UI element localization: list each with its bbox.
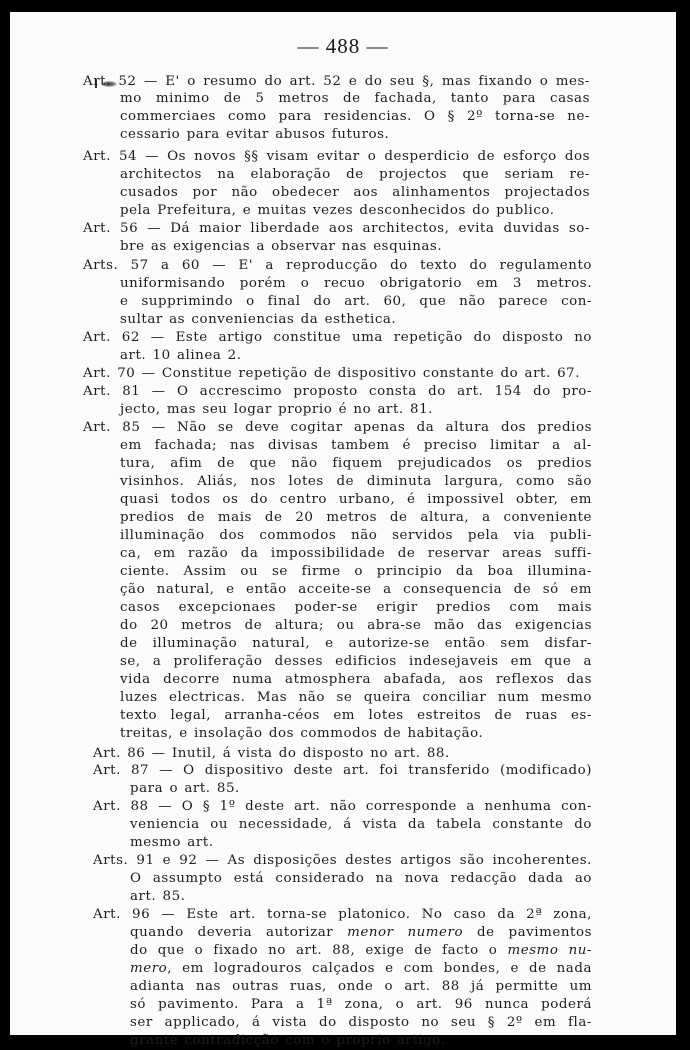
article-text-line: mo minimo de 5 metros de fachada, tanto … — [120, 90, 590, 107]
article-text-line: mero, em logradouros calçados e com bond… — [130, 960, 592, 977]
article-text-line: grante contradicção com o proprio artigo… — [130, 1032, 445, 1049]
article-text-line: ção natural, e então acceite-se a conseq… — [120, 581, 592, 598]
document-page: — 488 — Art. 52 — E' o resumo do art. 52… — [10, 12, 676, 1035]
article-text-line: commerciaes como para residencias. O § 2… — [120, 108, 590, 125]
article-text-line: ciente. Assim ou se firme o principio da… — [120, 563, 592, 580]
article-text-line: art. 85. — [130, 888, 185, 905]
article-text-line: vida decorre numa atmosphera abafada, ao… — [120, 671, 592, 688]
article-heading-line: Art. 86 — Inutil, á vista do disposto no… — [93, 745, 450, 762]
article-heading-line: Art. 54 — Os novos §§ visam evitar o des… — [83, 148, 590, 165]
article-text-line: architectos na elaboração de projectos q… — [120, 166, 590, 183]
article-text-line: de illuminação natural, e autorize-se en… — [120, 635, 592, 652]
article-text-line: tura, afim de que não fiquem prejudicado… — [120, 455, 592, 472]
article-text-line: ca, em razão da impossibilidade de reser… — [120, 545, 592, 562]
article-text-line: uniformisando porém o recuo obrigatorio … — [120, 275, 592, 292]
article-heading-line: Art. 87 — O dispositivo deste art. foi t… — [93, 762, 592, 779]
article-text-line: do que o fixado no art. 88, exige de fac… — [130, 942, 592, 959]
article-text-line: visinhos. Aliás, nos lotes de diminuta l… — [120, 473, 592, 490]
article-heading-line: Art. 62 — Este artigo constitue uma repe… — [83, 329, 592, 346]
article-text-line: jecto, mas seu logar proprio é no art. 8… — [120, 401, 433, 418]
article-text-line: texto legal, arranha-céos em lotes estre… — [120, 707, 592, 724]
article-text-line: quasi todos os do centro urbano, é impos… — [120, 491, 592, 508]
article-heading-line: Art. 56 — Dá maior liberdade aos archite… — [83, 220, 590, 237]
article-heading-line: Art. 52 — E' o resumo do art. 52 e do se… — [83, 73, 590, 90]
article-text-line: predios de mais de 20 metros de altura, … — [120, 509, 592, 526]
article-text-line: se, a proliferação desses edificios inde… — [120, 653, 592, 670]
article-text-line: mesmo art. — [130, 834, 214, 851]
article-text-line: cusados por não obedecer aos alinhamento… — [120, 184, 590, 201]
article-text-line: ser applicado, á vista do disposto no se… — [130, 1014, 592, 1031]
article-text-line: treitas, e insolação dos commodos de hab… — [120, 725, 483, 742]
article-text-line: do 20 metros de altura; ou abra-se mão d… — [120, 617, 592, 634]
article-text-line: e supprimindo o final do art. 60, que nã… — [120, 293, 592, 310]
article-heading-line: Art. 88 — O § 1º deste art. não correspo… — [93, 798, 592, 815]
article-text-line: O assumpto está considerado na nova reda… — [130, 870, 592, 887]
article-text-line: só pavimento. Para a 1ª zona, o art. 96 … — [130, 996, 592, 1013]
article-heading-line: Arts. 91 e 92 — As disposições destes ar… — [93, 852, 592, 869]
article-text-line: illuminação dos commodos não servidos pe… — [120, 527, 592, 544]
article-text-line: bre as exigencias a observar nas esquina… — [120, 238, 442, 255]
article-heading-line: Art. 96 — Este art. torna-se platonico. … — [93, 906, 592, 923]
article-text-line: veniencia ou necessidade, á vista da tab… — [130, 816, 592, 833]
article-text-line: art. 10 alinea 2. — [120, 347, 242, 364]
article-heading-line: Art. 81 — O accrescimo proposto consta d… — [83, 383, 592, 400]
article-text-line: luzes electricas. Mas não se queira conc… — [120, 689, 592, 706]
article-text-line: pela Prefeitura, e muitas vezes desconhe… — [120, 202, 555, 219]
article-text-line: para o art. 85. — [130, 780, 240, 797]
article-text-line: cessario para evitar abusos futuros. — [120, 126, 389, 143]
article-text-line: casos excepcionaes poder-se erigir predi… — [120, 599, 592, 616]
article-text-line: em fachada; nas divisas tambem é preciso… — [120, 437, 592, 454]
article-text-line: sultar as conveniencias da esthetica. — [120, 311, 396, 328]
article-heading-line: Arts. 57 a 60 — E' a reproducção do text… — [83, 257, 592, 274]
article-heading-line: Art. 70 — Constitue repetição de disposi… — [83, 365, 580, 382]
article-text-line: adianta nas outras ruas, onde o art. 88 … — [130, 978, 592, 995]
page-number: — 488 — — [10, 34, 676, 59]
article-text-line: quando deveria autorizar menor numero de… — [130, 924, 592, 941]
article-heading-line: Art. 85 — Não se deve cogitar apenas da … — [83, 419, 592, 436]
